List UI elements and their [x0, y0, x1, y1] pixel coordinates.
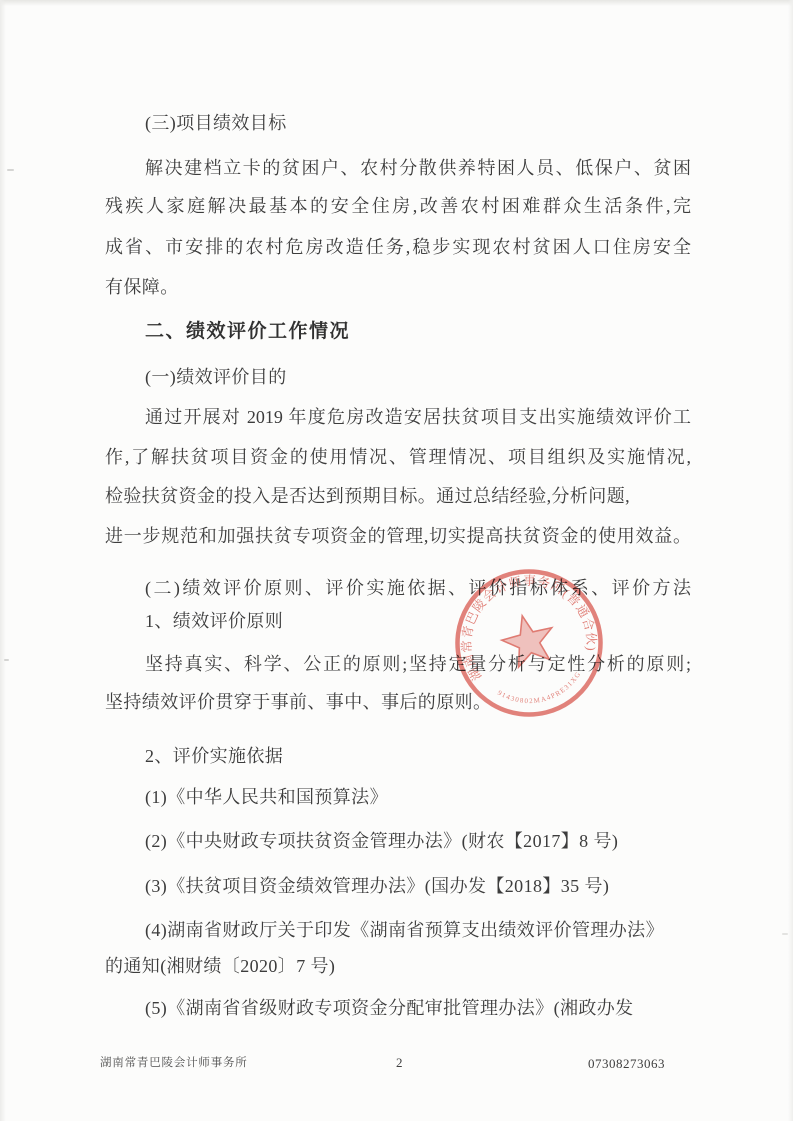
paragraph-line: 坚持真实、科学、公正的原则;坚持定量分析与定性分析的原则; [105, 644, 691, 684]
paragraph-line: 通过开展对 2019 年度危房改造安居扶贫项目支出实施绩效评价工 [105, 397, 691, 437]
list-item-basis-5: (5)《湖南省省级财政专项资金分配审批管理办法》(湘政办发 [105, 988, 691, 1028]
heading-evaluation-purpose: (一)绩效评价目的 [105, 357, 691, 397]
subheading-evaluation-basis: 2、评价实施依据 [105, 736, 691, 776]
subheading-evaluation-principles: 1、绩效评价原则 [105, 601, 691, 641]
scan-speck [782, 933, 788, 935]
scan-speck [7, 169, 14, 171]
footer-company-name: 湖南常青巴陵会计师事务所 [100, 1052, 248, 1074]
paragraph-line: 成省、市安排的农村危房改造任务,稳步实现农村贫困人口住房安全 [105, 227, 691, 267]
scan-speck [4, 659, 9, 661]
list-item-basis-4: (4)湖南省财政厅关于印发《湖南省预算支出绩效评价管理办法》 [105, 910, 691, 950]
paragraph-line: 检验扶贫资金的投入是否达到预期目标。通过总结经验,分析问题, [105, 476, 691, 516]
paragraph-line: 解决建档立卡的贫困户、农村分散供养特困人员、低保户、贫困 [105, 148, 691, 188]
scan-edge-shadow-top [0, 0, 793, 6]
heading-project-performance-goal: (三)项目绩效目标 [105, 103, 691, 143]
paragraph-line: 坚持绩效评价贯穿于事前、事中、事后的原则。 [105, 682, 691, 722]
paragraph-line: 残疾人家庭解决最基本的安全住房,改善农村困难群众生活条件,完 [105, 186, 691, 226]
footer-phone-code: 07308273063 [588, 1053, 665, 1075]
scan-edge-shadow-left [0, 0, 6, 1121]
list-item-basis-3: (3)《扶贫项目资金绩效管理办法》(国办发【2018】35 号) [105, 866, 691, 906]
heading-evaluation-work-overview: 二、绩效评价工作情况 [105, 312, 691, 352]
footer-page-number: 2 [396, 1052, 456, 1074]
scan-edge-shadow-right [788, 0, 793, 1121]
list-item-basis-2: (2)《中央财政专项扶贫资金管理办法》(财农【2017】8 号) [105, 821, 691, 861]
list-item-basis-4-continued: 的通知(湘财绩〔2020〕7 号) [105, 946, 691, 986]
paragraph-line: 有保障。 [105, 267, 691, 307]
paragraph-line: 作,了解扶贫项目资金的使用情况、管理情况、项目组织及实施情况, [105, 437, 691, 477]
paragraph-line: 进一步规范和加强扶贫专项资金的管理,切实提高扶贫资金的使用效益。 [105, 516, 691, 556]
list-item-basis-1: (1)《中华人民共和国预算法》 [105, 777, 691, 817]
